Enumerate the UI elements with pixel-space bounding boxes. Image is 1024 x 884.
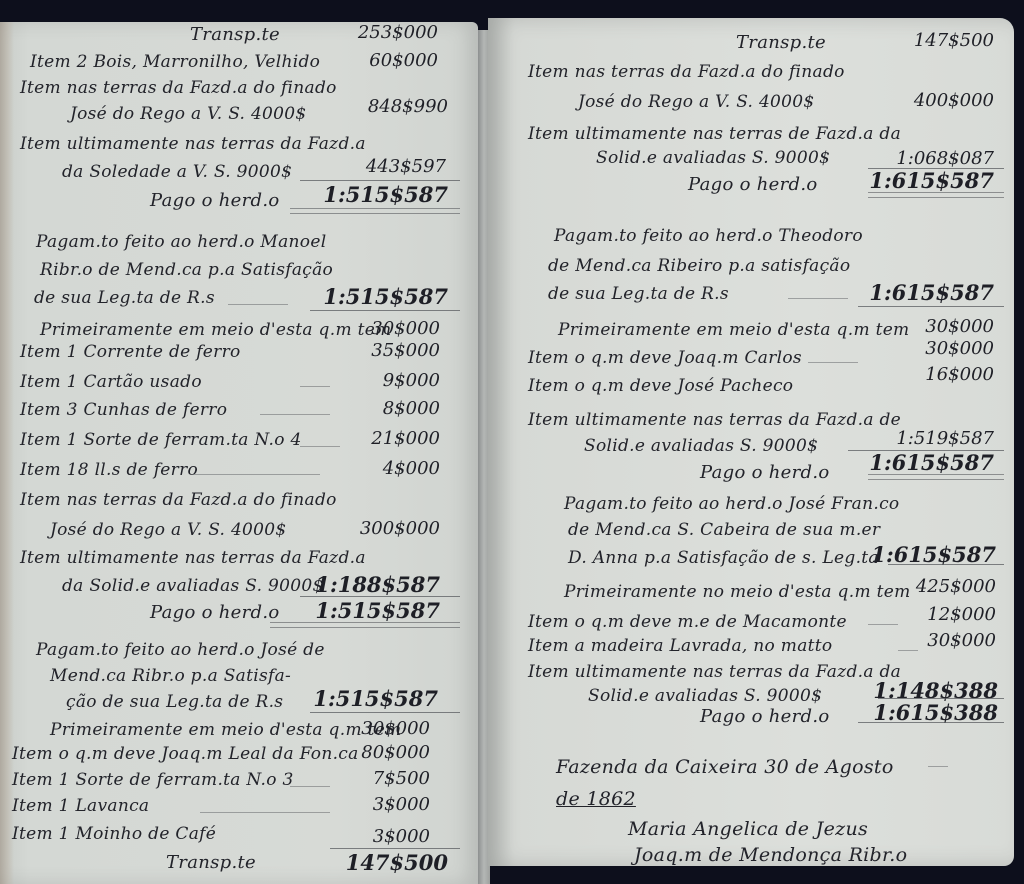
entry-text: Item o q.m deve m.e de Macamonte xyxy=(528,612,847,632)
filler-dash xyxy=(260,414,330,415)
entry-text: José do Rego a V. S. 4000$ xyxy=(50,520,287,540)
filler-dash xyxy=(788,298,848,299)
total-amount: 1:615$587 xyxy=(869,280,994,305)
filler-dash xyxy=(898,650,918,651)
entry-text: de sua Leg.ta de R.s xyxy=(34,288,215,308)
entry-text: Item nas terras da Fazd.a do finado xyxy=(528,62,845,82)
entry-amount: 60$000 xyxy=(369,50,438,71)
left-page: Transp.te 253$000 Item 2 Bois, Marronilh… xyxy=(0,22,478,884)
filler-dash xyxy=(190,474,320,475)
entry-text: Item ultimamente nas terras da Fazd.a de xyxy=(528,410,901,430)
entry-text: Item 2 Bois, Marronilho, Velhido xyxy=(30,52,320,72)
filler-dash xyxy=(808,362,858,363)
entry-text: Primeiramente em meio d'esta q.m tem xyxy=(558,320,909,340)
entry-text: Solid.e avaliadas S. 9000$ xyxy=(588,686,822,706)
total-label: Pago o herd.o xyxy=(700,462,830,483)
entry-text: da Soledade a V. S. 9000$ xyxy=(62,162,292,182)
sum-rule xyxy=(858,306,1004,307)
entry-text: Item ultimamente nas terras da Fazd.a xyxy=(20,134,366,154)
sum-rule xyxy=(300,596,460,597)
entry-amount: 21$000 xyxy=(371,428,440,449)
total-amount: 1:515$587 xyxy=(323,182,448,207)
entry-text: Primeiramente no meio d'esta q.m tem xyxy=(564,582,910,602)
total-double-rule xyxy=(270,622,460,628)
transport-amount: 147$500 xyxy=(914,30,994,51)
entry-text: Item 1 Moinho de Café xyxy=(12,824,216,844)
entry-text: de Mend.ca Ribeiro p.a satisfação xyxy=(548,256,850,276)
entry-amount: 300$000 xyxy=(360,518,440,539)
total-label: Pago o herd.o xyxy=(700,706,830,727)
filler-dash xyxy=(868,624,898,625)
entry-text: Item 1 Cartão usado xyxy=(20,372,202,392)
entry-text: Item o q.m deve José Pacheco xyxy=(528,376,793,396)
total-double-rule xyxy=(868,192,1004,198)
entry-amount: 425$000 xyxy=(916,576,996,597)
year: de 1862 xyxy=(556,788,636,810)
entry-text: José do Rego a V. S. 4000$ xyxy=(578,92,815,112)
entry-text: Item nas terras da Fazd.a do finado xyxy=(20,490,337,510)
entry-text: Item 3 Cunhas de ferro xyxy=(20,400,227,420)
filler-dash xyxy=(928,766,948,767)
total-amount: 1:515$587 xyxy=(313,686,438,711)
entry-text: Item 1 Corrente de ferro xyxy=(20,342,241,362)
entry-text: Item ultimamente nas terras de Fazd.a da xyxy=(528,124,901,144)
entry-text: Item ultimamente nas terras da Fazd.a xyxy=(20,548,366,568)
total-rule xyxy=(858,722,1004,723)
total-amount: 1:615$587 xyxy=(869,168,994,193)
transport-label: Transp.te xyxy=(190,24,280,45)
entry-amount: 9$000 xyxy=(383,370,440,391)
total-amount: 1:515$587 xyxy=(315,598,440,623)
entry-text: Primeiramente em meio d'esta q.m tem xyxy=(50,720,401,740)
entry-amount: 8$000 xyxy=(383,398,440,419)
entry-amount: 12$000 xyxy=(927,604,996,625)
entry-amount: 30$000 xyxy=(925,316,994,337)
sum-rule xyxy=(310,310,460,311)
right-page: Transp.te 147$500 Item nas terras da Faz… xyxy=(488,18,1014,866)
entry-amount: 30$000 xyxy=(371,318,440,339)
total-label: Pago o herd.o xyxy=(150,190,280,211)
entry-amount: 4$000 xyxy=(383,458,440,479)
total-label: Pago o herd.o xyxy=(688,174,818,195)
entry-text: de Mend.ca S. Cabeira de sua m.er xyxy=(568,520,880,540)
entry-amount: 1:188$587 xyxy=(315,572,440,597)
entry-text: Item 1 Lavanca xyxy=(12,796,149,816)
entry-amount: 30$000 xyxy=(361,718,430,739)
sum-rule xyxy=(888,564,1004,565)
entry-text: Mend.ca Ribr.o p.a Satisfa- xyxy=(50,666,291,686)
sum-rule xyxy=(300,180,460,181)
entry-amount: 35$000 xyxy=(371,340,440,361)
entry-text: Item 1 Sorte de ferram.ta N.o 4 xyxy=(20,430,302,450)
entry-text: José do Rego a V. S. 4000$ xyxy=(70,104,307,124)
sum-rule xyxy=(878,698,1004,699)
filler-dash xyxy=(200,812,330,813)
total-amount: 1:515$587 xyxy=(323,284,448,309)
filler-dash xyxy=(290,786,330,787)
sum-rule xyxy=(330,848,460,849)
transport-label: Transp.te xyxy=(736,32,826,53)
entry-text: Pagam.to feito ao herd.o José de xyxy=(36,640,325,660)
entry-text: de sua Leg.ta de R.s xyxy=(548,284,729,304)
entry-text: Item 18 ll.s de ferro xyxy=(20,460,198,480)
entry-text: da Solid.e avaliadas S. 9000$ xyxy=(62,576,324,596)
entry-text: Solid.e avaliadas S. 9000$ xyxy=(584,436,818,456)
entry-amount: 30$000 xyxy=(927,630,996,651)
entry-text: ção de sua Leg.ta de R.s xyxy=(66,692,283,712)
entry-text: Pagam.to feito ao herd.o Theodoro xyxy=(554,226,863,246)
place-date: Fazenda da Caixeira 30 de Agosto xyxy=(556,756,894,778)
total-amount: 1:615$587 xyxy=(869,450,994,475)
entry-text: Pagam.to feito ao herd.o José Fran.co xyxy=(564,494,899,514)
entry-text: Ribr.o de Mend.ca p.a Satisfação xyxy=(40,260,333,280)
entry-amount: 3$000 xyxy=(373,826,430,847)
entry-amount: 7$500 xyxy=(373,768,430,789)
entry-amount: 1:068$087 xyxy=(896,148,994,169)
open-ledger-book: Transp.te 253$000 Item 2 Bois, Marronilh… xyxy=(0,0,1024,884)
filler-dash xyxy=(300,446,340,447)
entry-text: Primeiramente em meio d'esta q.m tem xyxy=(40,320,391,340)
entry-text: Item nas terras da Fazd.a do finado xyxy=(20,78,337,98)
transport-amount: 253$000 xyxy=(358,22,438,43)
entry-text: D. Anna p.a Satisfação de s. Leg.ta xyxy=(568,548,879,568)
signature-2: Joaq.m de Mendonça Ribr.o xyxy=(634,844,907,866)
entry-text: Item a madeira Lavrada, no matto xyxy=(528,636,832,656)
filler-dash xyxy=(300,386,330,387)
entry-amount: 16$000 xyxy=(925,364,994,385)
transport-footer-amount: 147$500 xyxy=(346,850,448,875)
sum-rule xyxy=(310,712,460,713)
entry-text: Item o q.m deve Joaq.m Carlos xyxy=(528,348,802,368)
entry-text: Item 1 Sorte de ferram.ta N.o 3 xyxy=(12,770,294,790)
entry-text: Pagam.to feito ao herd.o Manoel xyxy=(36,232,326,252)
entry-amount: 80$000 xyxy=(361,742,430,763)
total-double-rule xyxy=(290,208,460,214)
total-label: Pago o herd.o xyxy=(150,602,280,623)
entry-amount: 1:519$587 xyxy=(896,428,994,449)
entry-amount: 848$990 xyxy=(368,96,448,117)
transport-footer-label: Transp.te xyxy=(166,852,256,873)
signature-1: Maria Angelica de Jezus xyxy=(628,818,868,840)
entry-amount: 443$597 xyxy=(366,156,446,177)
entry-text: Item ultimamente nas terras da Fazd.a da xyxy=(528,662,901,682)
entry-amount: 30$000 xyxy=(925,338,994,359)
entry-amount: 3$000 xyxy=(373,794,430,815)
total-double-rule xyxy=(868,474,1004,480)
filler-dash xyxy=(228,304,288,305)
entry-text: Item o q.m deve Joaq.m Leal da Fon.ca xyxy=(12,744,359,764)
entry-amount: 400$000 xyxy=(914,90,994,111)
entry-text: Solid.e avaliadas S. 9000$ xyxy=(596,148,830,168)
